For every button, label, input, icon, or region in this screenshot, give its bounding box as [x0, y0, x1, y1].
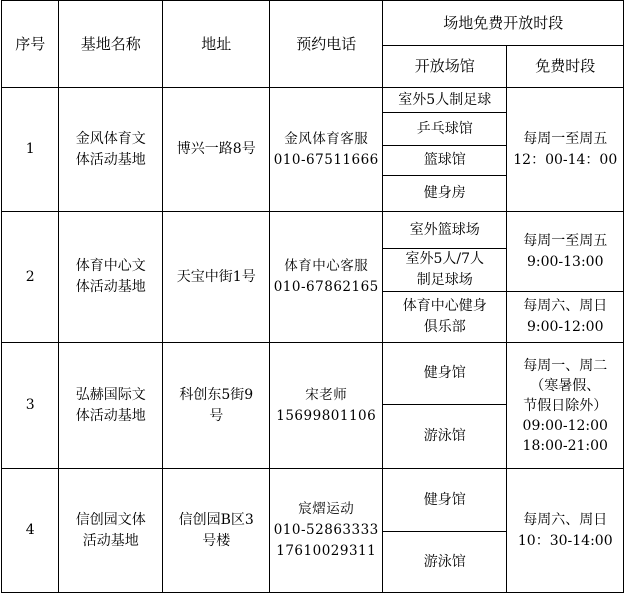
name-line: 信创园文体: [76, 510, 146, 531]
row2-phone: 体育中心客服010-67862165: [269, 211, 383, 343]
row-index: 2: [26, 267, 35, 288]
time-line: 10：30-14:00: [518, 531, 613, 552]
phone-number: 010-67511666: [274, 150, 379, 171]
row-index: 4: [26, 520, 35, 541]
row1-name: 金风体育文体活动基地: [58, 87, 163, 212]
phone-contact: 体育中心客服: [284, 256, 368, 277]
name-line: 金风体育文: [76, 129, 146, 150]
time-line: 每周一至周五: [523, 231, 607, 252]
time-line: 每周六、周日: [523, 296, 607, 317]
name-line: 活动基地: [83, 531, 139, 552]
row3-phone: 宋老师15699801106: [269, 342, 383, 469]
venue-label: 健身馆: [424, 490, 466, 511]
time-line: 18:00-21:00: [523, 436, 608, 456]
phone-number: 17610029311: [276, 541, 376, 562]
address-line: 号: [209, 406, 223, 427]
phone-number: 010-52863333: [274, 520, 379, 541]
header-group: 场地免费开放时段: [382, 0, 624, 46]
header-address-label: 地址: [201, 34, 231, 55]
venue-label: 室外篮球场: [410, 220, 480, 241]
venue-label: 篮球馆: [424, 150, 466, 171]
row2-name: 体育中心文体活动基地: [58, 211, 163, 343]
address-line: 天宝中街1号: [177, 267, 256, 288]
name-line: 体活动基地: [76, 406, 146, 427]
header-base-name: 基地名称: [58, 0, 163, 88]
venue-label: 俱乐部: [424, 317, 466, 338]
row4-index: 4: [1, 468, 59, 593]
time-line: （寒暑假、: [530, 376, 600, 396]
time-line: 节假日除外）: [523, 396, 607, 416]
row4-venue-1: 健身馆: [382, 468, 507, 532]
time-line: 每周一、周二: [523, 356, 607, 376]
name-line: 体活动基地: [76, 150, 146, 171]
venue-label: 室外5人制足球: [398, 90, 491, 111]
row1-venue-2: 乒乓球馆: [382, 112, 507, 146]
header-group-label: 场地免费开放时段: [443, 13, 563, 34]
row1-address: 博兴一路8号: [162, 87, 270, 212]
row4-phone: 宸熠运动010-5286333317610029311: [269, 468, 383, 593]
row1-phone: 金风体育客服010-67511666: [269, 87, 383, 212]
address-line: 信创园B区3: [179, 510, 254, 531]
row3-index: 3: [1, 342, 59, 469]
venue-label: 制足球场: [417, 270, 473, 291]
venue-label: 室外5人/7人: [405, 249, 484, 270]
row4-time: 每周六、周日10：30-14:00: [506, 468, 624, 593]
address-line: 号楼: [202, 531, 230, 552]
row-index: 3: [26, 395, 35, 416]
row3-time: 每周一、周二（寒暑假、节假日除外）09:00-12:0018:00-21:00: [506, 342, 624, 469]
row1-time: 每周一至周五12：00-14：00: [506, 87, 624, 212]
row1-venue-1: 室外5人制足球: [382, 87, 507, 113]
header-venue-label: 开放场馆: [415, 56, 475, 77]
venue-label: 体育中心健身: [403, 296, 487, 317]
header-phone: 预约电话: [269, 0, 383, 88]
row4-name: 信创园文体活动基地: [58, 468, 163, 593]
row-index: 1: [26, 139, 35, 160]
row3-venue-1: 健身馆: [382, 342, 507, 405]
row1-index: 1: [1, 87, 59, 212]
row1-venue-4: 健身房: [382, 175, 507, 212]
row2-address: 天宝中街1号: [162, 211, 270, 343]
row1-venue-3: 篮球馆: [382, 145, 507, 176]
time-line: 09:00-12:00: [523, 416, 608, 436]
venue-label: 游泳馆: [424, 552, 466, 573]
address-line: 博兴一路8号: [177, 139, 256, 160]
header-index-label: 序号: [15, 34, 45, 55]
name-line: 弘赫国际文: [76, 385, 146, 406]
row4-venue-2: 游泳馆: [382, 531, 507, 593]
venue-label: 游泳馆: [424, 426, 466, 447]
row2-time-1: 每周一至周五9:00-13:00: [506, 211, 624, 292]
header-free-time-label: 免费时段: [535, 56, 595, 77]
time-line: 9:00-12:00: [527, 317, 604, 338]
header-base-name-label: 基地名称: [81, 34, 141, 55]
header-address: 地址: [162, 0, 270, 88]
time-line: 12：00-14：00: [513, 150, 617, 171]
row2-venue-1: 室外篮球场: [382, 211, 507, 249]
name-line: 体育中心文: [76, 256, 146, 277]
row4-address: 信创园B区3号楼: [162, 468, 270, 593]
phone-contact: 宋老师: [305, 385, 347, 406]
venue-label: 乒乓球馆: [417, 119, 473, 140]
venue-label: 健身馆: [424, 363, 466, 384]
time-line: 每周一至周五: [523, 129, 607, 150]
row2-venue-3: 体育中心健身俱乐部: [382, 291, 507, 343]
phone-contact: 宸熠运动: [298, 499, 354, 520]
phone-contact: 金风体育客服: [284, 129, 368, 150]
row2-venue-2: 室外5人/7人制足球场: [382, 248, 507, 292]
address-line: 科创东5街9: [179, 385, 253, 406]
venue-label: 健身房: [424, 183, 466, 204]
row3-venue-2: 游泳馆: [382, 404, 507, 469]
header-index: 序号: [1, 0, 59, 88]
phone-number: 15699801106: [276, 406, 376, 427]
header-free-time: 免费时段: [506, 45, 624, 88]
row3-name: 弘赫国际文体活动基地: [58, 342, 163, 469]
row2-index: 2: [1, 211, 59, 343]
header-phone-label: 预约电话: [296, 34, 356, 55]
phone-number: 010-67862165: [274, 277, 379, 298]
header-venue: 开放场馆: [382, 45, 507, 88]
time-line: 每周六、周日: [523, 510, 607, 531]
row2-time-2: 每周六、周日9:00-12:00: [506, 291, 624, 343]
time-line: 9:00-13:00: [527, 252, 604, 273]
row3-address: 科创东5街9号: [162, 342, 270, 469]
name-line: 体活动基地: [76, 277, 146, 298]
